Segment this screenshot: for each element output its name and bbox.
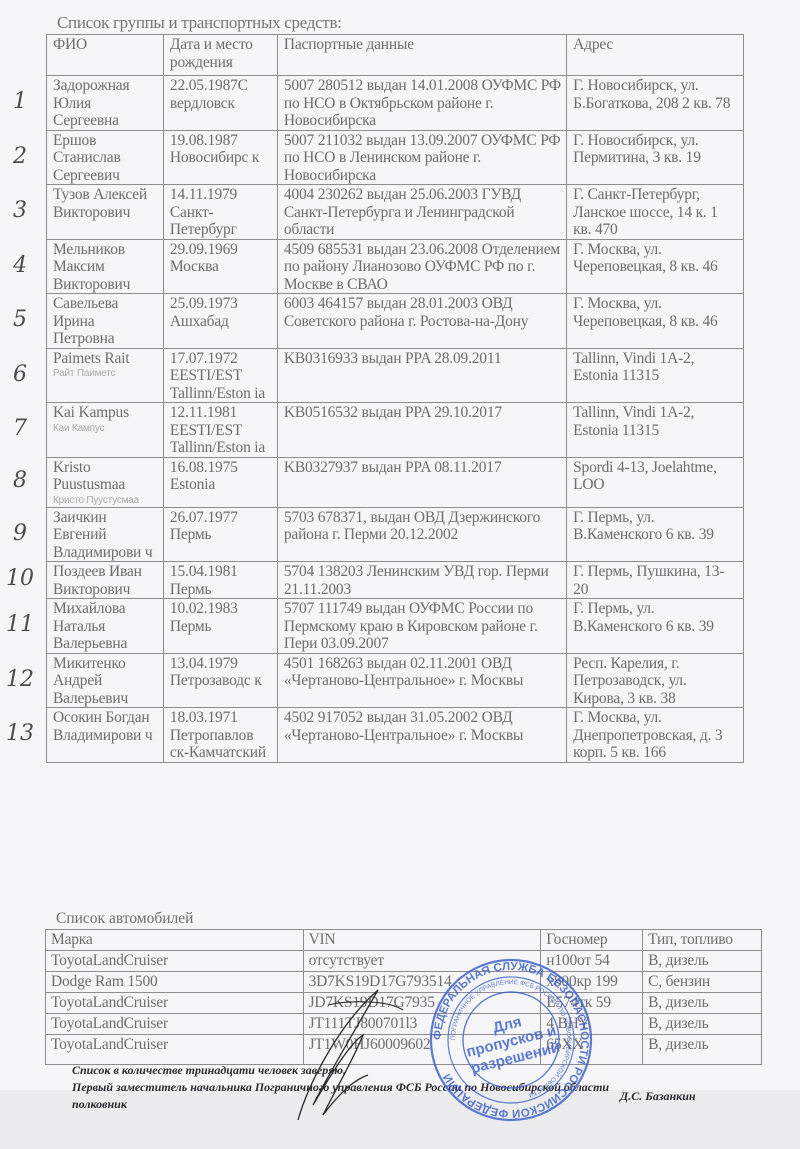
table-row: Савельева Ирина Петровна25.09.1973 Ашхаб… — [47, 294, 744, 349]
cell-address: Г. Новосибирск, ул. Пермитина, 3 кв. 19 — [567, 130, 744, 185]
cell-name: Осокин Богдан Владимирови ч — [47, 708, 164, 763]
header-brand: Марка — [46, 930, 304, 951]
name-text: Микитенко Андрей Валерьевич — [53, 655, 128, 707]
address-text: Г. Пермь, ул. В.Каменского 6 кв. 39 — [573, 600, 714, 635]
address-text: Г. Москва, ул. Череповецкая, 8 кв. 46 — [573, 241, 717, 276]
passport-text: 5703 678371, выдан ОВД Дзержинского райо… — [284, 509, 540, 544]
cell-birth: 18.03.1971 Петропавлов ск-Камчатский — [163, 708, 277, 763]
address-text: Г. Москва, ул. Днепропетровская, д. 3 ко… — [573, 709, 722, 761]
document-title: Список группы и транспортных средств: — [57, 13, 342, 33]
cell-address: Tallinn, Vindi 1A-2, Estonia 11315 — [567, 348, 744, 403]
row-number: 8 — [0, 468, 40, 493]
cell-brand: ToyotaLandCruiser — [46, 951, 304, 972]
row-number: 2 — [0, 144, 40, 169]
cell-fuel: В, дизель — [643, 951, 762, 972]
passport-text: 5007 211032 выдан 13.09.2007 ОУФМС РФ по… — [284, 132, 561, 184]
name-text: Ершов Станислав Сергеевич — [53, 132, 121, 184]
passport-text: 4501 168263 выдан 02.11.2001 ОВД «Чертан… — [284, 655, 523, 690]
cell-name: Микитенко Андрей Валерьевич — [47, 653, 164, 708]
birth-text: 14.11.1979 Санкт-Петербург — [170, 186, 237, 238]
birth-text: 10.02.1983 Пермь — [170, 600, 238, 635]
row-number: 9 — [0, 521, 40, 546]
cell-birth: 19.08.1987 Новосибирс к — [163, 130, 277, 185]
cell-birth: 10.02.1983 Пермь — [163, 599, 277, 654]
cell-birth: 26.07.1977 Пермь — [163, 507, 277, 562]
name-text: Kai Kampus — [53, 404, 129, 421]
name-text: Савельева Ирина Петровна — [53, 295, 118, 347]
header-address: Адрес — [567, 35, 744, 76]
address-text: Г. Пермь, Пушкина, 13-20 — [573, 563, 724, 598]
cell-passport: KB0316933 выдан PPA 28.09.2011 — [277, 348, 566, 403]
birth-text: 16.08.1975 Estonia — [170, 459, 238, 494]
cell-fuel: В, дизель — [643, 1035, 762, 1065]
cell-birth: 25.09.1973 Ашхабад — [163, 294, 277, 349]
cell-passport: KB0327937 выдан PPA 08.11.2017 — [277, 457, 566, 507]
passport-text: 5007 280512 выдан 14.01.2008 ОУФМС РФ по… — [284, 77, 561, 129]
table-row: Kai KampusКаи Кампус12.11.1981 EESTI/EST… — [47, 403, 744, 458]
cell-birth: 29.09.1969 Москва — [163, 239, 277, 294]
name-text: Мельников Максим Викторович — [53, 241, 130, 293]
cell-passport: 4509 685531 выдан 23.06.2008 Отделением … — [277, 239, 566, 294]
cell-fuel: С, бензин — [643, 972, 762, 993]
cell-brand: Dodge Ram 1500 — [46, 972, 304, 993]
table-row: ToyotaLandCruiserотсутствуетн100от 54В, … — [46, 951, 762, 972]
cell-passport: 5703 678371, выдан ОВД Дзержинского райо… — [277, 507, 566, 562]
address-text: Г. Санкт-Петербург, Ланское шоссе, 14 к.… — [573, 186, 718, 238]
table-row: Осокин Богдан Владимирови ч18.03.1971 Пе… — [47, 708, 744, 763]
table-row: Paimets RaitРайт Паиметс17.07.1972 EESTI… — [47, 348, 744, 403]
header-vin: VIN — [303, 930, 541, 951]
row-number: 10 — [0, 566, 40, 591]
header-birth: Дата и место рождения — [163, 35, 277, 76]
cell-address: Г. Пермь, ул. В.Каменского 6 кв. 39 — [567, 599, 744, 654]
signature-icon — [268, 985, 408, 1125]
footer-line-1: Список в количестве тринадцати человек з… — [72, 1062, 772, 1079]
address-text: Tallinn, Vindi 1A-2, Estonia 11315 — [573, 350, 694, 385]
people-table-header: ФИО Дата и место рождения Паспортные дан… — [47, 35, 744, 76]
cell-birth: 15.04.1981 Пермь — [163, 562, 277, 599]
cell-passport: 5007 211032 выдан 13.09.2007 ОУФМС РФ по… — [277, 130, 566, 185]
name-transliteration: Каи Кампус — [53, 422, 159, 435]
table-row: Заичкин Евгений Владимирови ч26.07.1977 … — [47, 507, 744, 562]
birth-text: 13.04.1979 Петрозаводс к — [170, 655, 262, 690]
passport-text: 4509 685531 выдан 23.06.2008 Отделением … — [284, 241, 560, 293]
row-number: 1 — [0, 89, 40, 114]
passport-text: KB0516532 выдан PPA 29.10.2017 — [284, 404, 502, 421]
row-number: 11 — [0, 612, 40, 637]
passport-text: KB0327937 выдан PPA 08.11.2017 — [284, 459, 502, 476]
cell-address: Г. Москва, ул. Череповецкая, 8 кв. 46 — [567, 294, 744, 349]
cell-fuel: В, дизель — [643, 1014, 762, 1035]
cell-passport: 4501 168263 выдан 02.11.2001 ОВД «Чертан… — [277, 653, 566, 708]
cell-address: Г. Пермь, ул. В.Каменского 6 кв. 39 — [567, 507, 744, 562]
people-table: ФИО Дата и место рождения Паспортные дан… — [46, 34, 744, 763]
row-number: 13 — [0, 721, 40, 746]
cell-name: Поздеев Иван Викторович — [47, 562, 164, 599]
cell-passport: 5704 138203 Ленинским УВД гор. Перми 21.… — [277, 562, 566, 599]
passport-text: 5704 138203 Ленинским УВД гор. Перми 21.… — [284, 563, 549, 598]
name-text: Тузов Алексей Викторович — [53, 186, 147, 221]
cell-name: Задорожная Юлия Сергеевна — [47, 76, 164, 131]
name-text: Михайлова Наталья Валерьевна — [53, 600, 127, 652]
cell-passport: 5707 111749 выдан ОУФМС России по Пермск… — [277, 599, 566, 654]
birth-text: 26.07.1977 Пермь — [170, 509, 238, 544]
name-text: Задорожная Юлия Сергеевна — [53, 77, 129, 129]
cell-name: Заичкин Евгений Владимирови ч — [47, 507, 164, 562]
cell-name: Мельников Максим Викторович — [47, 239, 164, 294]
cell-address: Spordi 4-13, Joelahtme, LOO — [567, 457, 744, 507]
header-fio: ФИО — [47, 35, 164, 76]
address-text: Г. Москва, ул. Череповецкая, 8 кв. 46 — [573, 295, 717, 330]
certification-footer: Список в количестве тринадцати человек з… — [72, 1062, 772, 1113]
cell-passport: 4502 917052 выдан 31.05.2002 ОВД «Чертан… — [277, 708, 566, 763]
row-number: 6 — [0, 362, 40, 387]
cell-birth: 17.07.1972 EESTI/EST Tallinn/Eston ia — [163, 348, 277, 403]
address-text: Г. Новосибирск, ул. Б.Богаткова, 208 2 к… — [573, 77, 730, 112]
row-number: 12 — [0, 667, 40, 692]
address-text: Tallinn, Vindi 1A-2, Estonia 11315 — [573, 404, 694, 439]
header-passport: Паспортные данные — [277, 35, 566, 76]
passport-text: 5707 111749 выдан ОУФМС России по Пермск… — [284, 600, 538, 652]
birth-text: 12.11.1981 EESTI/EST Tallinn/Eston ia — [170, 404, 265, 456]
cell-address: Г. Москва, ул. Череповецкая, 8 кв. 46 — [567, 239, 744, 294]
passport-text: 6003 464157 выдан 28.01.2003 ОВД Советск… — [284, 295, 528, 330]
table-row: Мельников Максим Викторович29.09.1969 Мо… — [47, 239, 744, 294]
cell-address: Г. Новосибирск, ул. Б.Богаткова, 208 2 к… — [567, 76, 744, 131]
cell-name: Paimets RaitРайт Паиметс — [47, 348, 164, 403]
cell-address: Г. Москва, ул. Днепропетровская, д. 3 ко… — [567, 708, 744, 763]
header-fuel: Тип, топливо — [643, 930, 762, 951]
table-row: Поздеев Иван Викторович15.04.1981 Пермь5… — [47, 562, 744, 599]
cell-passport: 6003 464157 выдан 28.01.2003 ОВД Советск… — [277, 294, 566, 349]
cell-birth: 14.11.1979 Санкт-Петербург — [163, 185, 277, 240]
cell-name: Kai KampusКаи Кампус — [47, 403, 164, 458]
cell-passport: 5007 280512 выдан 14.01.2008 ОУФМС РФ по… — [277, 76, 566, 131]
cell-passport: 4004 230262 выдан 25.06.2003 ГУВД Санкт-… — [277, 185, 566, 240]
row-number: 7 — [0, 416, 40, 441]
passport-text: 4502 917052 выдан 31.05.2002 ОВД «Чертан… — [284, 709, 523, 744]
signatory-name: Д.С. Базанкин — [620, 1088, 696, 1105]
birth-text: 19.08.1987 Новосибирс к — [170, 132, 259, 167]
birth-text: 18.03.1971 Петропавлов ск-Камчатский — [170, 709, 266, 761]
table-row: Тузов Алексей Викторович14.11.1979 Санкт… — [47, 185, 744, 240]
birth-text: 15.04.1981 Пермь — [170, 563, 238, 598]
cell-name: Михайлова Наталья Валерьевна — [47, 599, 164, 654]
cell-name: Kristo PuustusmaaКристо Пуустусмаа — [47, 457, 164, 507]
name-transliteration: Кристо Пуустусмаа — [53, 494, 159, 507]
table-row: Ершов Станислав Сергеевич19.08.1987 Ново… — [47, 130, 744, 185]
cell-address: Г. Пермь, Пушкина, 13-20 — [567, 562, 744, 599]
cell-fuel: В, дизель — [643, 993, 762, 1014]
name-transliteration: Райт Паиметс — [53, 367, 159, 380]
table-row: Kristo PuustusmaaКристо Пуустусмаа16.08.… — [47, 457, 744, 507]
cell-birth: 12.11.1981 EESTI/EST Tallinn/Eston ia — [163, 403, 277, 458]
birth-text: 22.05.1987С вердловск — [170, 77, 248, 112]
cell-address: Г. Санкт-Петербург, Ланское шоссе, 14 к.… — [567, 185, 744, 240]
cell-name: Тузов Алексей Викторович — [47, 185, 164, 240]
cars-table-header: Марка VIN Госномер Тип, топливо — [46, 930, 762, 951]
table-row: Михайлова Наталья Валерьевна10.02.1983 П… — [47, 599, 744, 654]
cell-birth: 13.04.1979 Петрозаводс к — [163, 653, 277, 708]
name-text: Осокин Богдан Владимирови ч — [53, 709, 152, 744]
header-plate: Госномер — [541, 930, 643, 951]
name-text: Поздеев Иван Викторович — [53, 563, 142, 598]
birth-text: 17.07.1972 EESTI/EST Tallinn/Eston ia — [170, 350, 265, 402]
cell-birth: 22.05.1987С вердловск — [163, 76, 277, 131]
row-number: 5 — [0, 307, 40, 332]
name-text: Paimets Rait — [53, 350, 129, 367]
passport-text: KB0316933 выдан PPA 28.09.2011 — [284, 350, 502, 367]
name-text: Заичкин Евгений Владимирови ч — [53, 509, 152, 561]
cell-address: Респ. Карелия, г. Петрозаводск, ул. Киро… — [567, 653, 744, 708]
table-row: Микитенко Андрей Валерьевич13.04.1979 Пе… — [47, 653, 744, 708]
address-text: Г. Пермь, ул. В.Каменского 6 кв. 39 — [573, 509, 714, 544]
cell-brand: ToyotaLandCruiser — [46, 1035, 304, 1065]
cell-name: Савельева Ирина Петровна — [47, 294, 164, 349]
birth-text: 29.09.1969 Москва — [170, 241, 238, 276]
birth-text: 25.09.1973 Ашхабад — [170, 295, 238, 330]
address-text: Г. Новосибирск, ул. Пермитина, 3 кв. 19 — [573, 132, 701, 167]
cell-birth: 16.08.1975 Estonia — [163, 457, 277, 507]
row-number: 4 — [0, 253, 40, 278]
name-text: Kristo Puustusmaa — [53, 459, 125, 494]
cell-passport: KB0516532 выдан PPA 29.10.2017 — [277, 403, 566, 458]
cell-name: Ершов Станислав Сергеевич — [47, 130, 164, 185]
row-number: 3 — [0, 198, 40, 223]
cell-address: Tallinn, Vindi 1A-2, Estonia 11315 — [567, 403, 744, 458]
cell-brand: ToyotaLandCruiser — [46, 1014, 304, 1035]
cell-brand: ToyotaLandCruiser — [46, 993, 304, 1014]
cars-title: Список автомобилей — [56, 910, 193, 928]
passport-text: 4004 230262 выдан 25.06.2003 ГУВД Санкт-… — [284, 186, 521, 238]
address-text: Респ. Карелия, г. Петрозаводск, ул. Киро… — [573, 655, 686, 707]
official-stamp-icon: ФЕДЕРАЛЬНАЯ СЛУЖБА БЕЗОПАСНОСТИ РОССИЙСК… — [428, 957, 594, 1123]
address-text: Spordi 4-13, Joelahtme, LOO — [573, 459, 717, 494]
table-row: Задорожная Юлия Сергеевна22.05.1987С вер… — [47, 76, 744, 131]
